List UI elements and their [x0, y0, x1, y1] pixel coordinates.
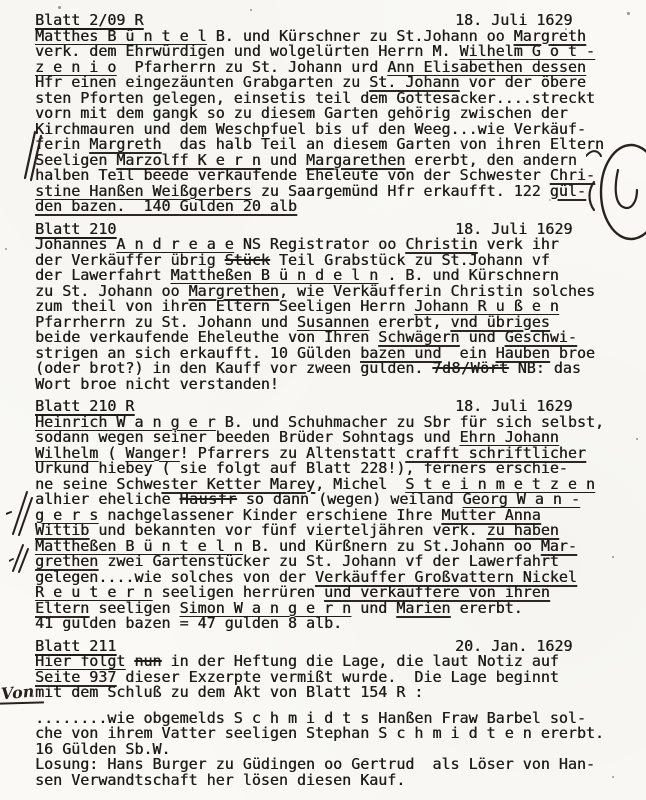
text-segment: Wort broe nicht verstanden!: [35, 375, 279, 393]
scan-speck: [520, 247, 522, 249]
entry-block: Blatt 21018. Juli 1629Johannes A n d r e…: [35, 222, 635, 393]
entry-date: 18. Juli 1629: [455, 13, 572, 29]
scan-speck: [636, 438, 638, 440]
text-segment: 41 gulden bazen = 47 gulden 8 alb.: [35, 614, 342, 632]
margin-circle-annotation: [586, 140, 646, 244]
text-segment: NB: das: [509, 359, 581, 377]
margin-double-slash-lower: [9, 541, 33, 573]
entry-heading: Blatt 210 R: [35, 397, 134, 415]
text-segment: Marien: [396, 599, 450, 617]
circle-annotation-icon: [586, 140, 646, 244]
double-slash-icon: [6, 488, 34, 536]
text-line: 41 gulden bazen = 47 gulden 8 alb.: [35, 616, 635, 632]
entry-block: Blatt 21120. Jan. 1629Hier folgt nun in …: [35, 639, 635, 789]
entry-header: Blatt 21018. Juli 1629: [35, 222, 635, 238]
margin-double-slash-upper: [6, 488, 34, 536]
text-segment: mit dem Schluß zu dem Akt von Blatt 154 …: [35, 683, 423, 701]
text-segment: sen Verwandtschaft her lösen diesen Kauf…: [35, 771, 405, 789]
text-segment: und: [351, 599, 396, 617]
scan-speck: [565, 28, 567, 30]
text-line: Wort broe nicht verstanden!: [35, 377, 635, 393]
scan-speck: [5, 248, 7, 250]
entry-heading: Blatt 210: [35, 220, 116, 238]
entry-date: 20. Jan. 1629: [455, 639, 572, 655]
text-segment: ererbt.: [450, 599, 522, 617]
document-page: Blatt 2/09 R18. Juli 1629Matthes B ü n t…: [0, 0, 646, 800]
entry-header: Blatt 2/09 R18. Juli 1629: [35, 13, 635, 29]
text-segment: gül-: [550, 182, 586, 200]
entry-block: Blatt 2/09 R18. Juli 1629Matthes B ü n t…: [35, 13, 635, 215]
text-segment: 7d8/Wört: [432, 359, 508, 377]
parallel-strokes-icon: [20, 128, 44, 182]
document-body: Blatt 2/09 R18. Juli 1629Matthes B ü n t…: [35, 13, 635, 795]
scan-speck: [452, 659, 455, 662]
margin-parallel-mark: [20, 128, 44, 182]
entry-date: 18. Juli 1629: [455, 222, 572, 238]
double-slash-icon: [9, 541, 33, 573]
text-segment: den bazen. 140 Gulden 20 alb: [35, 197, 297, 215]
entry-date: 18. Juli 1629: [455, 399, 572, 415]
entry-header: Blatt 21120. Jan. 1629: [35, 639, 635, 655]
scan-speck: [612, 556, 614, 558]
scan-speck: [250, 9, 252, 11]
entry-heading: Blatt 2/09 R: [35, 11, 143, 29]
entry-heading: Blatt 211: [35, 637, 116, 655]
entry-block: Blatt 210 R18. Juli 1629Heinrich W a n g…: [35, 399, 635, 632]
entry-header: Blatt 210 R18. Juli 1629: [35, 399, 635, 415]
scan-speck: [58, 6, 61, 9]
scan-speck: [612, 776, 614, 778]
text-line: mit dem Schluß zu dem Akt von Blatt 154 …: [35, 685, 635, 701]
text-line: den bazen. 140 Gulden 20 alb: [35, 199, 635, 215]
margin-note-von: Von: [0, 682, 35, 704]
scan-speck: [627, 12, 630, 15]
text-line: sen Verwandtschaft her lösen diesen Kauf…: [35, 773, 635, 789]
